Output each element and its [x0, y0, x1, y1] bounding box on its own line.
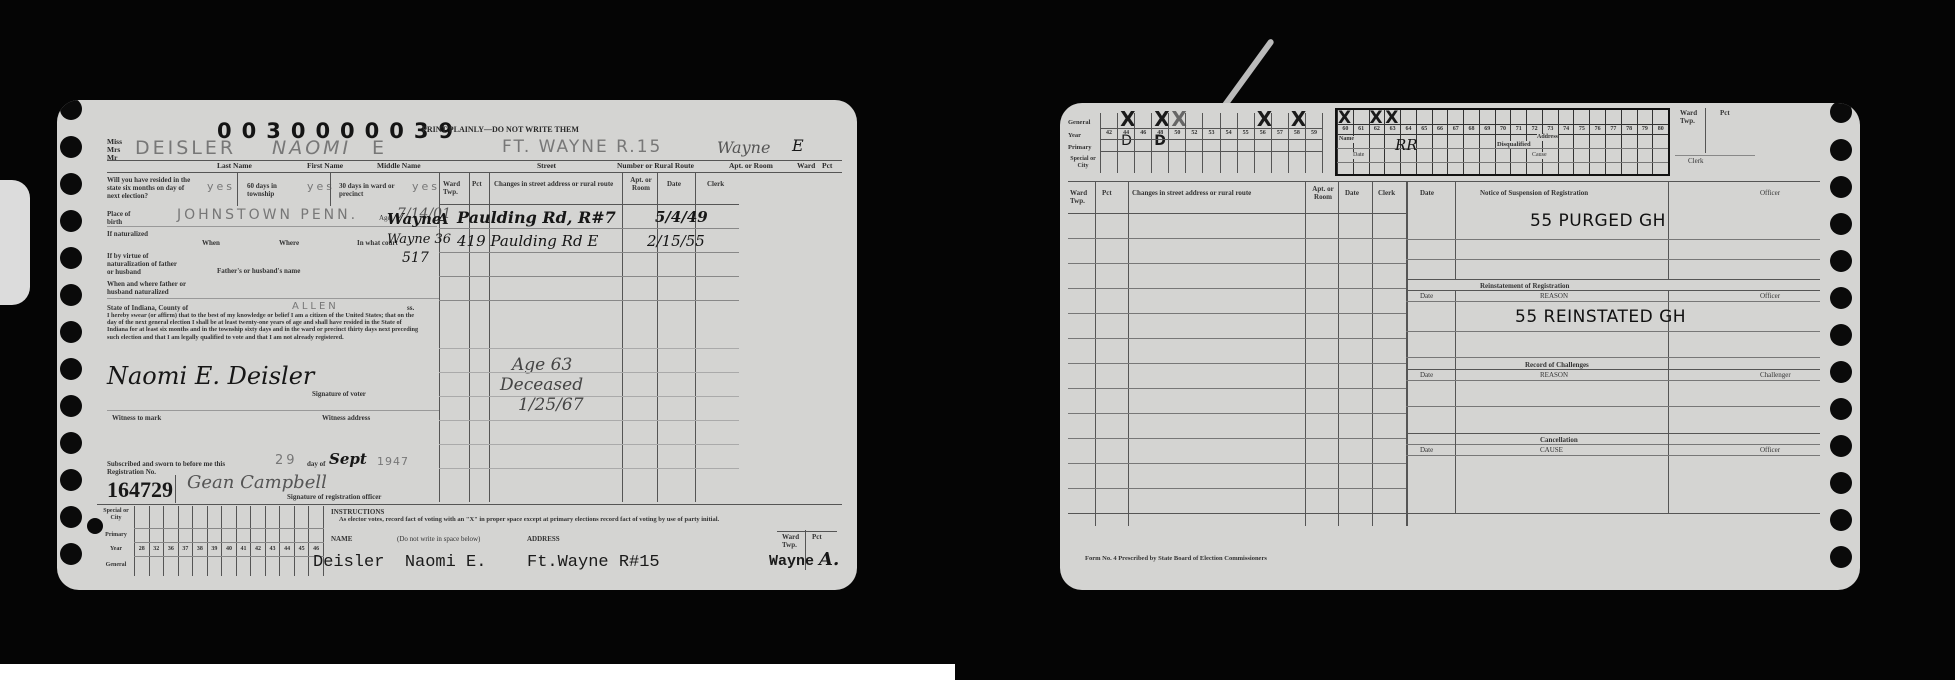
- punch-holes: [60, 100, 86, 590]
- punch-hole: [60, 321, 82, 343]
- reinstatement-entry: 55 REINSTATED GH: [1515, 307, 1686, 327]
- punch-hole: [60, 247, 82, 269]
- last-name: DEISLER: [135, 137, 236, 159]
- registration-number: 164729: [107, 477, 173, 503]
- punch-hole: [60, 469, 82, 491]
- voting-grid-1: 42 44XD 46 48XD 50X 52 53 54 55 56X 57 5…: [1100, 113, 1323, 173]
- form-footer: Form No. 4 Prescribed by State Board of …: [1085, 555, 1267, 562]
- film-notch: [0, 180, 30, 305]
- punch-hole: [60, 136, 82, 158]
- punch-hole: [60, 432, 82, 454]
- change-row-date: 5/4/49: [655, 208, 708, 226]
- punch-hole: [60, 395, 82, 417]
- index-hole: [87, 518, 103, 534]
- punch-hole: [60, 173, 82, 195]
- punch-hole: [60, 543, 82, 565]
- deceased-note: Age 63 Deceased 1/25/67: [512, 355, 584, 415]
- punch-hole: [60, 506, 82, 528]
- oath-text: I hereby swear (or affirm) that to the b…: [107, 312, 422, 341]
- primary-note: RR: [1395, 136, 1418, 154]
- q-state: Will you have resided in the state six m…: [107, 176, 197, 200]
- registration-card-front: 0030000039 PRINT PLAINLY—DO NOT WRITE TH…: [57, 100, 857, 590]
- punch-hole: [60, 100, 82, 120]
- voting-history-grid: Special or City Primary Year General 28 …: [102, 506, 327, 576]
- middle-name: E: [372, 137, 387, 159]
- change-row-ward: Wayne: [387, 210, 441, 228]
- voting-grid-2: X60 61 X62 X63 64 65 66 67 68 69 70 71 7…: [1335, 108, 1670, 176]
- stub-name: Deisler Naomi E.: [313, 553, 486, 572]
- registration-card-back: General Year Primary Special or City 42 …: [1060, 103, 1860, 590]
- punch-hole: [60, 358, 82, 380]
- officer-signature: Gean Campbell: [187, 472, 327, 493]
- stub-ward: Wayne: [769, 553, 814, 570]
- street-address: FT. WAYNE R.15: [502, 137, 662, 157]
- change-row-address: Paulding Rd, R#7: [457, 208, 616, 227]
- title-prefixes: Miss Mrs Mr: [107, 138, 125, 162]
- birth-place: JOHNSTOWN PENN.: [177, 207, 358, 223]
- punch-hole: [60, 210, 82, 232]
- county: ALLEN: [292, 301, 339, 312]
- stub-address: Ft.Wayne R#15: [527, 553, 660, 572]
- header-notice: PRINT PLAINLY—DO NOT WRITE THEM: [422, 126, 579, 134]
- stub-pct: A.: [819, 549, 839, 570]
- voter-signature: Naomi E. Deisler: [107, 362, 314, 390]
- suspension-entry: 55 PURGED GH: [1530, 211, 1666, 231]
- punch-hole: [60, 284, 82, 306]
- apt-room: Wayne: [717, 138, 770, 157]
- punch-holes: [1830, 103, 1856, 590]
- scan-edge: [0, 664, 955, 680]
- first-name: NAOMI: [272, 137, 351, 159]
- ward-value: E: [792, 136, 804, 155]
